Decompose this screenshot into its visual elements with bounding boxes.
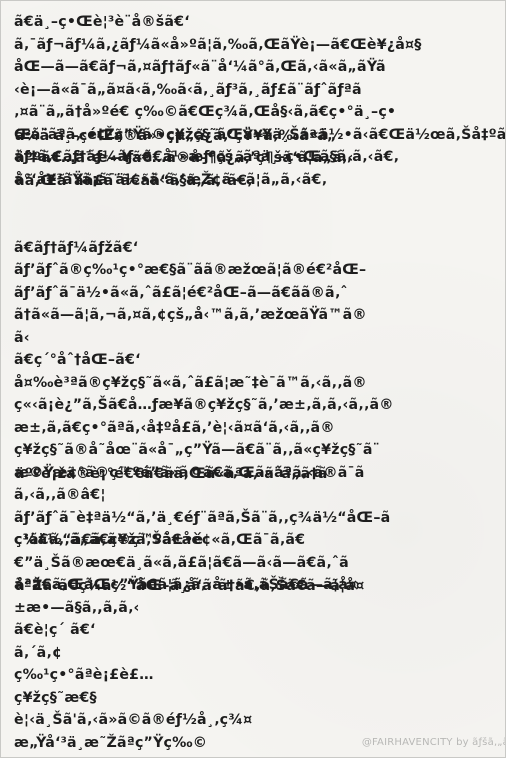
- list-item: ã‚´ã‚¢: [14, 642, 494, 665]
- overprint-layer-b: å°Žã‹ã€ç¾ä½“åŒ–ã¸å‘ã‹ã†ã€‚ã‚Šã€ã—ã¦å¤: [15, 575, 364, 598]
- body-line: ‚¤ã¨ã„ã†å»ºé€ ç‰©ã€Œç¾ã‚Œå§‹ã‚ã€ç•°ä¸–ç•: [14, 101, 494, 124]
- body-line: å¤‰è³ªã®ç¥žç§˜ã«ã‚ˆã£ã¦æ˜‡è¯ã™ã‚‹ã‚‚ã®: [14, 372, 494, 395]
- document-body: ã€ä¸–ç•Œè¦³è¨­å®šã€‘ ã‚¯ãƒ¬ãƒ¼ã‚¿ãƒ¼ã«å»…: [14, 11, 494, 754]
- body-line: ãƒ’ãƒˆã®ç‰¹ç•°æ€§ã¨ãã®æžœã¦ã®é€²åŒ–: [14, 259, 494, 282]
- overprinted-line: ç¹ã€ã‚‚ã„ã€ç¥žã‚Šã€åè¢«ã‚Œã¯ã‚ã€ ç¾ä½“ã€…: [14, 529, 494, 552]
- body-line: ç¥žç§˜ã®å˜åœ¨ã«å¯„ç”Ÿã—ã€ã¨ã‚‚ã«ç¥žç§˜ã¨: [14, 439, 494, 462]
- overprinted-text-block: Œã¨ãªã‚‹é‡Žç”Ÿã®ç¥žç§˜ãŒä»¥ä¸Šã«ä½•ã‹ã€Œ…: [14, 124, 494, 192]
- document-page: ã€ä¸–ç•Œè¦³è¨­å®šã€‘ ã‚¯ãƒ¬ãƒ¼ã‚¿ãƒ¼ã«å»…: [0, 0, 506, 758]
- section-heading-theme: ã€ãƒ†ãƒ¼ãƒžã€‘: [14, 237, 494, 260]
- body-line: ±æ•—ã§ã‚,ã,ã‚‹: [14, 597, 494, 620]
- body-line: ã‹: [14, 327, 494, 350]
- body-line: ã†ã«ã—ã¦ã‚¬ã‚¤ã‚¢çš„å‹™ã‚ã‚’æžœãŸã™ã®: [14, 304, 494, 327]
- body-line: ã¾ã ä¸–ç•Œã®ä»•çµ„ã¿ã‚’çŸ¥ã‚‰ãªã„: [15, 125, 354, 148]
- body-line: ç«‹ã¡è¿”ã‚Šã€å…ƒæ¥ã®ç¥žç§˜ã‚’æ±‚ã‚ã‚‹ã‚‚…: [14, 394, 494, 417]
- body-line: ‹è¡—ã«ã¯ã„ã¤ã‹ã‚‰ã‹ã‚¸ãƒ³ã‚¸ãƒ£ã¨ãƒˆãƒªã: [14, 79, 494, 102]
- body-line: äººã€…ã¯æ—¥ã€…ã®å–¶ã¿ã‚’ç¶šã‘ã¦ã„ã‚‹: [15, 147, 354, 170]
- section-heading-elements: ã€è¦ç´ ã€‘: [14, 619, 494, 642]
- body-line: ã‚‹ã‚‚ã®â€¦: [14, 484, 494, 507]
- body-line: €”ä¸Šã®æœ€ä¸­ã«ã‚ã£ã¦ã€ã—ã‹ã—ã€ã‚ˆã: [14, 552, 494, 575]
- body-line: ã‚¯ãƒ¬ãƒ¼ã‚¿ãƒ¼ã«å»ºã¦ã‚‰ã‚ŒãŸè¡—ã€Œè¥¿å…: [14, 34, 494, 57]
- overprint-layer-b: ç¾ä½“ã€ã‚ã®ç™ºå±•é: [14, 529, 203, 552]
- overprinted-line: æ©Ÿæ¢°ã®ç™ºé”ã»ã©ã€ã‚Œã«ãªã‚‹ã®ã¯ã äººé¡…: [14, 462, 494, 485]
- list-item: ç‰¹ç•°ãªè¡£è£…: [14, 664, 494, 687]
- watermark: @FAIRHAVENCITY by ãƒšã‚„ã: [362, 737, 506, 748]
- overprint-layer-b: ã¾ã ä¸–ç•Œã®ä»•çµ„ã¿ã‚’çŸ¥ã‚‰ãªã„ äººã€……: [15, 125, 354, 193]
- body-line: ãƒ’ãƒˆã¯ä½•ã«ã‚ˆã£ã¦é€²åŒ–ã—ã€ãã®ã‚ˆ: [14, 282, 494, 305]
- overprint-layer-b: äººé¡žã®è¡°é€€ã€ãã‚Œã«ãªã‚‹ã¨ã„ã†ã: [15, 463, 328, 486]
- body-line: åŒ—ã—ã€ãƒ¬ã‚¤ãƒ†ãƒ«ã¨å‘¼ã°ã‚Œã‚‹ã«ã„ãŸã: [14, 56, 494, 79]
- body-line: ãƒ’ãƒˆã¯è‡ªä½“ã‚’ä¸€éƒ¨ãªã‚Šã¨ã‚‚ç¾ä½“åŒ…: [14, 507, 494, 530]
- overprinted-line: ãªã€ã‚ŒãŒç”Ÿã€ã¦ã¿ã‚‹å±•ã‚ãŠã€ã—ã¦å¤ å°Ž…: [14, 574, 494, 597]
- section-heading-subdivision: ã€ç´°åˆ†åŒ–ã€‘: [14, 349, 494, 372]
- list-item: è¦‹ä¸Šã'ã‚‹ã»ã©ã®éƒ½å¸‚ç¾¤: [14, 709, 494, 732]
- section-heading-worldview: ã€ä¸–ç•Œè¦³è¨­å®šã€‘: [14, 11, 494, 34]
- body-line: ãã‚Œã¯ãã£ã¨ã€ãã“ã§ã„ã‚‹ã€‚: [15, 170, 354, 193]
- list-item: ç¥žç§˜æ€§: [14, 687, 494, 710]
- section-gap: [14, 192, 494, 237]
- body-line: æ±‚ã‚ã€ç•°ãªã‚‹å‡ºå£ã‚’è¦‹ã¤ã‘ã‚‹ã‚‚ã®: [14, 417, 494, 440]
